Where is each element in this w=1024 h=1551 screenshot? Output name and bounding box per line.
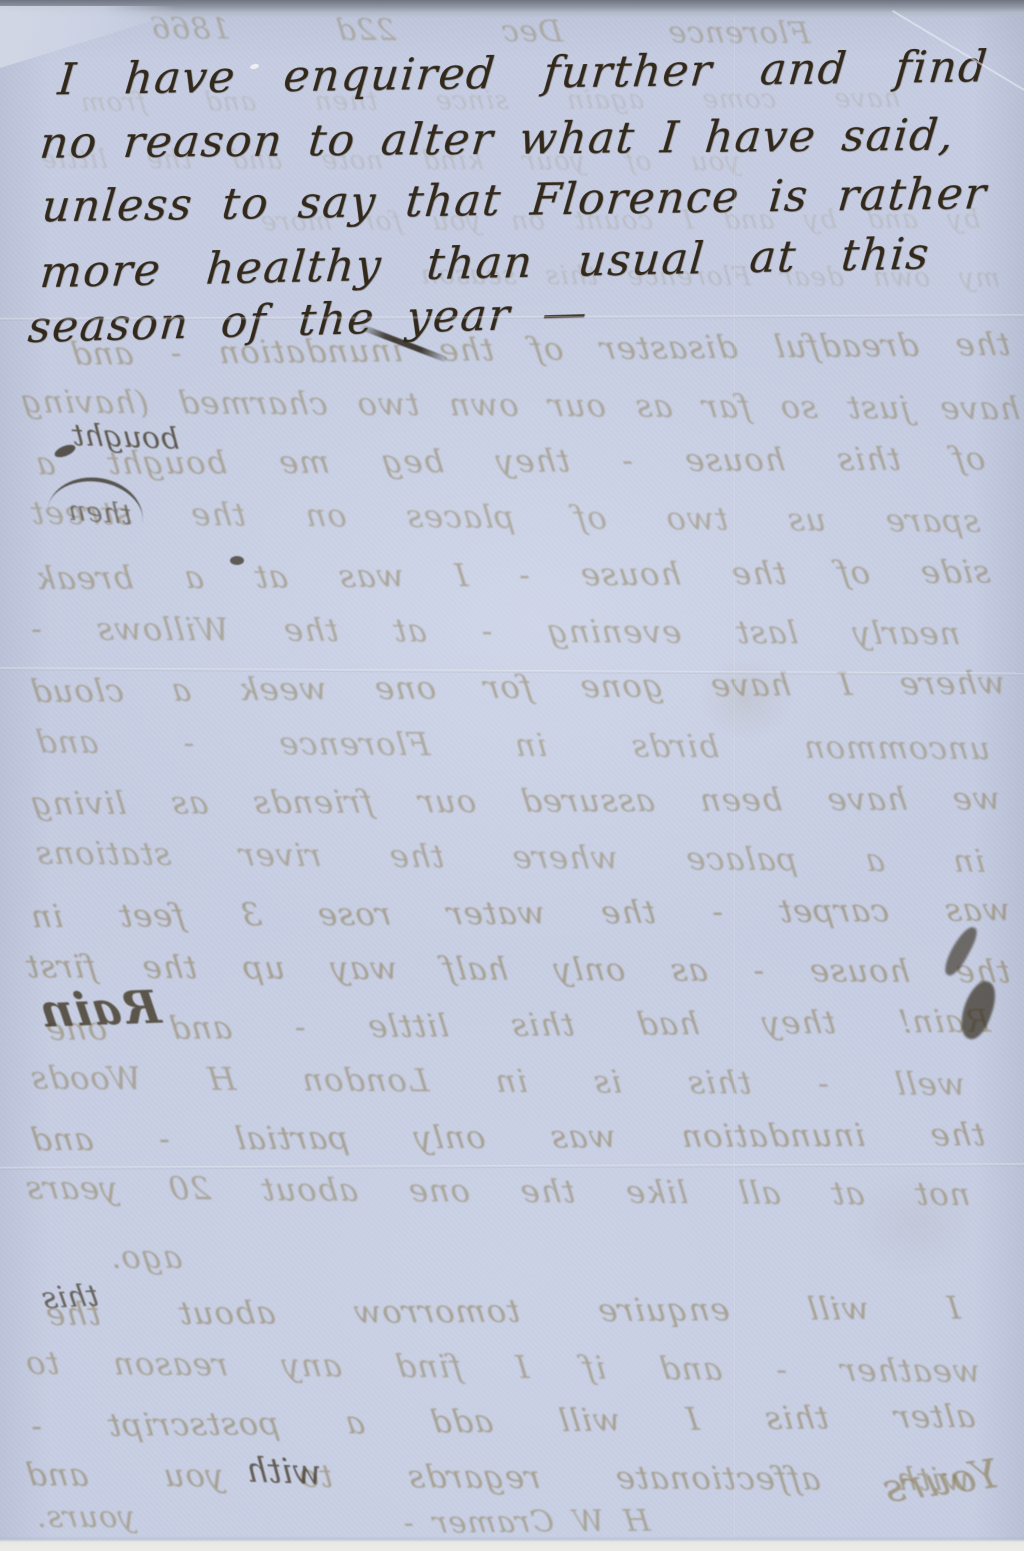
ink-blot bbox=[230, 556, 244, 565]
ink-blot bbox=[955, 977, 1002, 1043]
showthrough-line: in a palace where the river stations bbox=[33, 834, 987, 880]
showthrough-line: by and by and I count on you for more bbox=[258, 205, 981, 238]
showthrough-line: not at all like the one about 20 years bbox=[23, 1169, 972, 1214]
showthrough-line: yours. bbox=[23, 1500, 137, 1535]
ink-blot bbox=[53, 442, 77, 460]
showthrough-line: with affectionate regards to you and bbox=[23, 1456, 972, 1499]
stray-ink-stroke bbox=[48, 471, 149, 524]
paper-stain bbox=[850, 1168, 980, 1278]
showthrough-line: of this house - they beg me bought a bbox=[33, 440, 987, 483]
letter-line: I have enquired further and find bbox=[56, 41, 991, 105]
fold-crease-horizontal bbox=[0, 1163, 1024, 1170]
ink-bleed-accent-word: this bbox=[39, 1279, 101, 1317]
showthrough-line: nearly last evening - at the Willows - bbox=[28, 610, 962, 653]
stray-ink-stroke bbox=[358, 323, 448, 362]
ink-bleed-accent-word: Rain bbox=[36, 980, 163, 1038]
corner-crease-diagonal bbox=[892, 10, 1024, 104]
fold-crease-horizontal bbox=[0, 314, 1024, 321]
showthrough-line: ago. bbox=[50, 1238, 184, 1276]
letter-line: no reason to alter what I have said, bbox=[38, 110, 948, 169]
page-corner-fold bbox=[0, 6, 200, 68]
showthrough-line: you of your kind note and the little bbox=[38, 145, 741, 177]
showthrough-line: the dreadful disaster of the inundation … bbox=[68, 325, 1012, 373]
letter-page-scan: Florence Dec 22d 1866have come again sin… bbox=[0, 0, 1024, 1551]
showthrough-line: the inundation was only partial - and bbox=[28, 1116, 987, 1159]
ink-bleed-accent-word: bought bbox=[71, 418, 181, 457]
showthrough-line: Rain! they had this little - and one bbox=[43, 1002, 992, 1048]
paper-flaw-speck bbox=[250, 63, 260, 70]
letter-line: unless to say that Florence is rather bbox=[40, 168, 990, 232]
showthrough-line: was carpet - the water rose 3 feet in bbox=[28, 891, 1012, 936]
showthrough-line: spare us two of places on the street bbox=[28, 494, 982, 540]
showthrough-line: weather - and if I find any reason to bbox=[23, 1344, 982, 1390]
showthrough-line: have come again since then and from bbox=[78, 84, 901, 118]
ink-blot bbox=[940, 923, 980, 979]
showthrough-line: the house - as only half way up the firs… bbox=[23, 947, 1012, 990]
showthrough-line: side of the house - I was at a break bbox=[33, 553, 992, 598]
fold-crease-horizontal bbox=[0, 667, 1024, 675]
paper-stain bbox=[698, 656, 794, 740]
showthrough-line: I will enquire tomorrow about the bbox=[43, 1289, 962, 1333]
showthrough-line: well - this is in London H Woods bbox=[28, 1059, 967, 1104]
ink-bleed-accent-word: with bbox=[245, 1451, 323, 1494]
showthrough-line: have just so far as our own two charmed … bbox=[18, 382, 1022, 427]
scan-edge-bottom bbox=[0, 1536, 1024, 1551]
ink-bleed-accent-layer: boughtthenRainthiswith bbox=[0, 0, 1024, 1551]
fold-crease-vertical bbox=[734, 0, 736, 1551]
letter-text-layer: I have enquired further and findno reaso… bbox=[0, 0, 1024, 1551]
showthrough-line: we have been assured our friends as livi… bbox=[28, 779, 1002, 822]
showthrough-text-layer: Florence Dec 22d 1866have come again sin… bbox=[0, 0, 1024, 1551]
showthrough-line: my own dear Florence this season bbox=[419, 260, 1002, 293]
letter-line: more healthy than usual at this bbox=[38, 229, 932, 299]
showthrough-line: uncommon birds in Florence - and bbox=[33, 723, 992, 768]
showthrough-line: alter this I will add a postscript - bbox=[28, 1397, 977, 1445]
showthrough-line: Yours bbox=[805, 1451, 1004, 1522]
letter-line: season of the year — bbox=[26, 288, 590, 354]
